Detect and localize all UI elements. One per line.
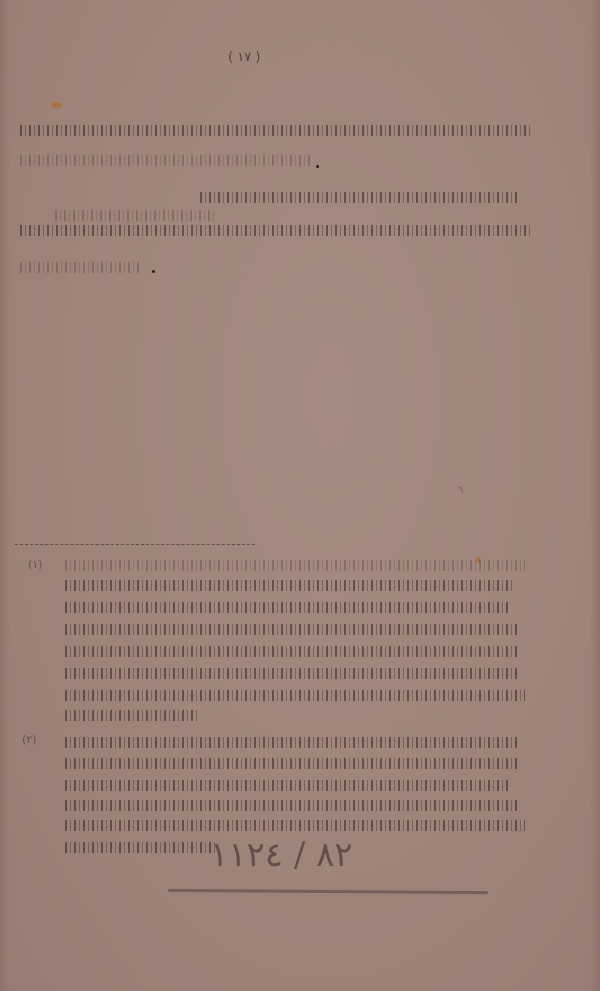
page-edge-right [590, 0, 600, 991]
text-line [65, 624, 520, 635]
page-edge-left [0, 0, 10, 991]
footnote-marker: (١) [28, 558, 43, 571]
text-line [20, 225, 530, 236]
text-line [20, 155, 310, 166]
text-line [65, 602, 510, 613]
text-line [65, 646, 520, 657]
text-line [65, 580, 515, 591]
handwritten-underline [168, 889, 488, 894]
page-number: ( ١٧ ) [228, 50, 260, 65]
text-line [20, 262, 140, 273]
text-line [55, 210, 215, 221]
text-line [65, 560, 525, 571]
handwritten-note: ٨٢ / ١١٢٤ [210, 835, 353, 875]
text-line [65, 842, 215, 853]
footnote-rule [15, 544, 255, 546]
text-line [65, 820, 525, 831]
period [152, 270, 155, 273]
document-page: ( ١٧ ) ٩ (١) (٢) ٨٢ / [0, 0, 600, 991]
text-line [65, 668, 520, 679]
text-line [65, 780, 510, 791]
text-line [65, 737, 520, 748]
text-line [20, 125, 530, 136]
period [316, 165, 319, 168]
text-line [65, 710, 200, 721]
margin-mark: ٩ [458, 485, 527, 496]
text-line [65, 758, 520, 769]
stain [52, 102, 62, 108]
text-line [200, 192, 520, 203]
text-line [65, 800, 520, 811]
text-line [65, 690, 525, 701]
footnote-marker: (٢) [22, 733, 37, 746]
